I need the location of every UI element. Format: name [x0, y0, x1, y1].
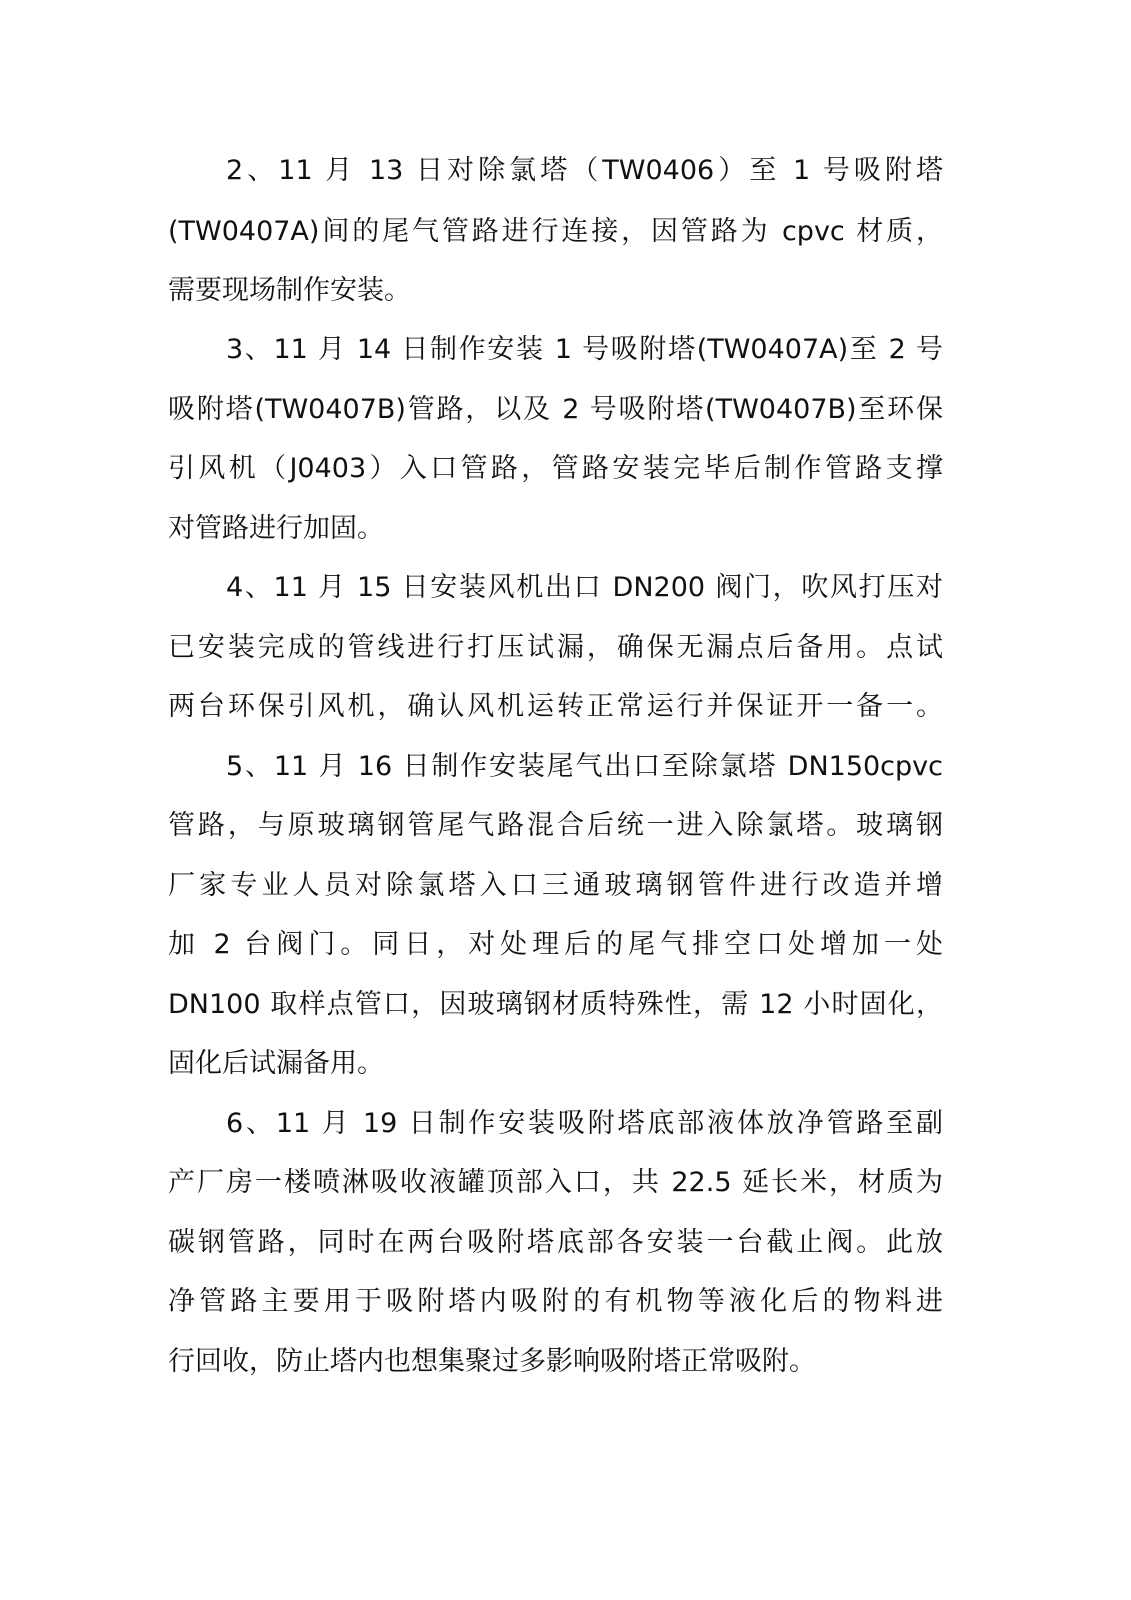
- paragraph-line: 厂家专业人员对除氯塔入口三通玻璃钢管件进行改造并增: [168, 866, 943, 906]
- paragraph-line: 净管路主要用于吸附塔内吸附的有机物等液化后的物料进: [168, 1282, 943, 1322]
- paragraph-line: 加 2 台阀门。同日，对处理后的尾气排空口处增加一处: [168, 925, 943, 965]
- paragraph-line: 6、11 月 19 日制作安装吸附塔底部液体放净管路至副: [226, 1104, 943, 1144]
- paragraph-line: 吸附塔(TW0407B)管路，以及 2 号吸附塔(TW0407B)至环保: [168, 390, 943, 430]
- paragraph-line: 两台环保引风机，确认风机运转正常运行并保证开一备一。: [168, 687, 943, 727]
- paragraph-line: 需要现场制作安装。: [168, 271, 943, 311]
- paragraph-line: 2、11 月 13 日对除氯塔（TW0406）至 1 号吸附塔: [226, 151, 943, 191]
- document-page: 2、11 月 13 日对除氯塔（TW0406）至 1 号吸附塔 (TW0407A…: [0, 0, 1131, 1600]
- paragraph-line: 行回收，防止塔内也想集聚过多影响吸附塔正常吸附。: [168, 1342, 943, 1382]
- paragraph-line: 管路，与原玻璃钢管尾气路混合后统一进入除氯塔。玻璃钢: [168, 806, 943, 846]
- paragraph-line: 固化后试漏备用。: [168, 1044, 943, 1084]
- paragraph-line: (TW0407A)间的尾气管路进行连接，因管路为 cpvc 材质，: [168, 212, 943, 252]
- paragraph-line: 产厂房一楼喷淋吸收液罐顶部入口，共 22.5 延长米，材质为: [168, 1163, 943, 1203]
- paragraph-line: 4、11 月 15 日安装风机出口 DN200 阀门，吹风打压对: [226, 568, 943, 608]
- paragraph-line: 已安装完成的管线进行打压试漏，确保无漏点后备用。点试: [168, 628, 943, 668]
- paragraph-line: 引风机（J0403）入口管路，管路安装完毕后制作管路支撑: [168, 449, 943, 489]
- paragraph-line: 5、11 月 16 日制作安装尾气出口至除氯塔 DN150cpvc: [226, 747, 943, 787]
- paragraph-line: DN100 取样点管口，因玻璃钢材质特殊性，需 12 小时固化，: [168, 985, 943, 1025]
- paragraph-line: 3、11 月 14 日制作安装 1 号吸附塔(TW0407A)至 2 号: [226, 330, 943, 370]
- paragraph-line: 碳钢管路，同时在两台吸附塔底部各安装一台截止阀。此放: [168, 1223, 943, 1263]
- paragraph-line: 对管路进行加固。: [168, 509, 943, 549]
